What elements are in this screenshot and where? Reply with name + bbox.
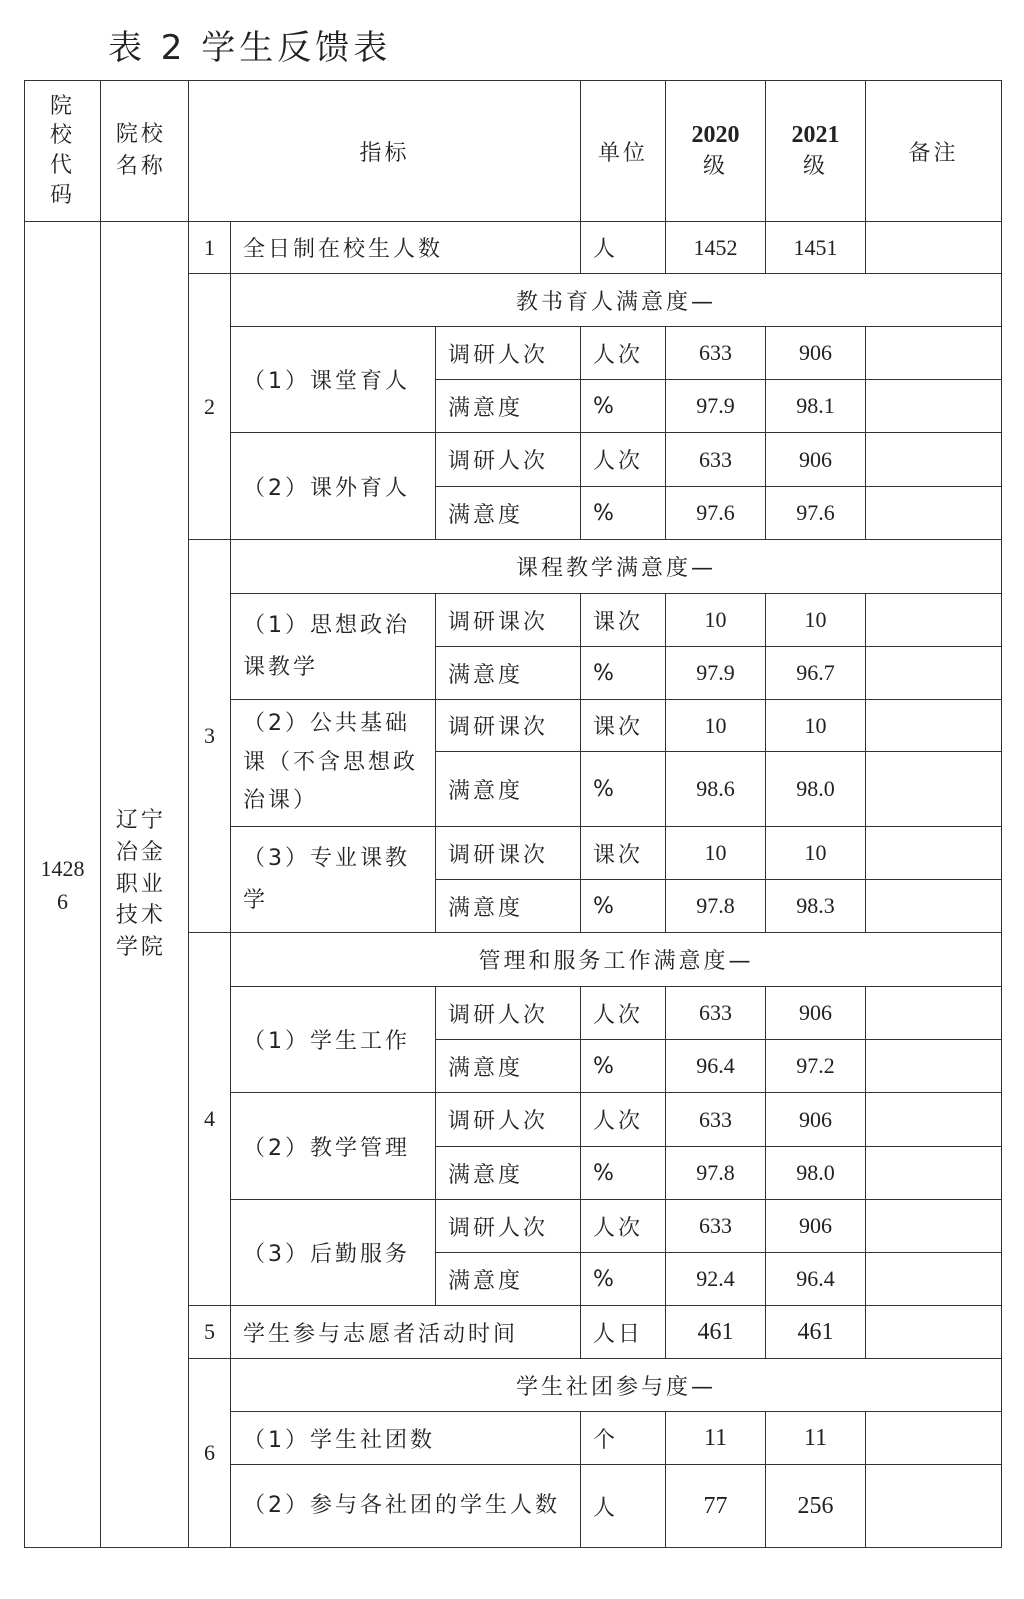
value-2020: 633 [666, 433, 766, 487]
sub-indicator-label: （3）专业课教学 [231, 827, 436, 933]
metric-label: 调研人次 [436, 433, 581, 487]
value-2021: 96.4 [766, 1253, 866, 1306]
row-number: 6 [189, 1359, 231, 1548]
category-heading: 学生社团参与度— [231, 1359, 1002, 1412]
unit-cell: 人次 [581, 1093, 666, 1147]
header-indicator: 指标 [189, 81, 581, 222]
unit-cell: % [581, 1147, 666, 1200]
sub-indicator-label: （2）公共基础课（不含思想政治课） [231, 700, 436, 827]
unit-cell: 人 [581, 1465, 666, 1548]
notes-cell [866, 222, 1002, 274]
value-2021: 906 [766, 1093, 866, 1147]
sub-indicator-label: （3）后勤服务 [231, 1200, 436, 1306]
value-2020: 97.6 [666, 487, 766, 540]
unit-cell: 人次 [581, 1200, 666, 1253]
value-2020: 92.4 [666, 1253, 766, 1306]
notes-cell [866, 1040, 1002, 1093]
value-2021: 10 [766, 827, 866, 880]
value-2021: 98.0 [766, 752, 866, 827]
sub-indicator-label: （1）学生社团数 [231, 1412, 581, 1465]
metric-label: 调研人次 [436, 327, 581, 380]
value-2020: 11 [666, 1412, 766, 1465]
value-2020: 10 [666, 594, 766, 647]
metric-label: 满意度 [436, 1253, 581, 1306]
notes-cell [866, 1306, 1002, 1359]
value-2021: 906 [766, 1200, 866, 1253]
metric-label: 调研课次 [436, 827, 581, 880]
value-2020: 97.9 [666, 647, 766, 700]
value-2021: 461 [766, 1306, 866, 1359]
value-2021: 98.0 [766, 1147, 866, 1200]
unit-cell: % [581, 880, 666, 933]
value-2021: 98.1 [766, 380, 866, 433]
value-2021: 97.6 [766, 487, 866, 540]
notes-cell [866, 380, 1002, 433]
notes-cell [866, 433, 1002, 487]
sub-indicator-label: （1）思想政治课教学 [231, 594, 436, 700]
value-2021: 906 [766, 327, 866, 380]
value-2020: 10 [666, 827, 766, 880]
metric-label: 调研人次 [436, 1200, 581, 1253]
value-2020: 97.9 [666, 380, 766, 433]
unit-cell: % [581, 647, 666, 700]
value-2020: 633 [666, 1093, 766, 1147]
header-2021: 2021级 [766, 81, 866, 222]
value-2020: 97.8 [666, 880, 766, 933]
value-2021: 256 [766, 1465, 866, 1548]
indicator-label: 全日制在校生人数 [231, 222, 581, 274]
notes-cell [866, 487, 1002, 540]
metric-label: 调研课次 [436, 594, 581, 647]
row-number: 4 [189, 933, 231, 1306]
header-2020: 2020级 [666, 81, 766, 222]
unit-cell: 人 [581, 222, 666, 274]
category-heading: 管理和服务工作满意度— [231, 933, 1002, 987]
unit-cell: % [581, 1040, 666, 1093]
sub-indicator-label: （2）课外育人 [231, 433, 436, 540]
row-number: 1 [189, 222, 231, 274]
sub-indicator-label: （1）课堂育人 [231, 327, 436, 433]
unit-cell: 人日 [581, 1306, 666, 1359]
unit-cell: 人次 [581, 987, 666, 1040]
value-2020: 1452 [666, 222, 766, 274]
value-2020: 98.6 [666, 752, 766, 827]
notes-cell [866, 647, 1002, 700]
value-2021: 1451 [766, 222, 866, 274]
value-2020: 633 [666, 987, 766, 1040]
notes-cell [866, 327, 1002, 380]
value-2021: 11 [766, 1412, 866, 1465]
value-2021: 10 [766, 594, 866, 647]
unit-cell: 课次 [581, 594, 666, 647]
table-title: 表 2 学生反馈表 [108, 20, 391, 69]
category-heading: 教书育人满意度— [231, 274, 1002, 327]
value-2020: 633 [666, 327, 766, 380]
category-heading: 课程教学满意度— [231, 540, 1002, 594]
header-row: 院校代码 院校名称 指标 单位 2020级 2021级 备注 [25, 81, 1002, 222]
metric-label: 满意度 [436, 380, 581, 433]
notes-cell [866, 752, 1002, 827]
value-2021: 98.3 [766, 880, 866, 933]
unit-cell: 课次 [581, 827, 666, 880]
metric-label: 满意度 [436, 1040, 581, 1093]
value-2020: 97.8 [666, 1147, 766, 1200]
unit-cell: 课次 [581, 700, 666, 752]
notes-cell [866, 1253, 1002, 1306]
metric-label: 满意度 [436, 752, 581, 827]
notes-cell [866, 1093, 1002, 1147]
metric-label: 满意度 [436, 647, 581, 700]
header-notes: 备注 [866, 81, 1002, 222]
unit-cell: 人次 [581, 327, 666, 380]
unit-cell: % [581, 752, 666, 827]
unit-cell: 人次 [581, 433, 666, 487]
value-2020: 10 [666, 700, 766, 752]
value-2020: 96.4 [666, 1040, 766, 1093]
metric-label: 调研人次 [436, 1093, 581, 1147]
notes-cell [866, 1412, 1002, 1465]
value-2021: 97.2 [766, 1040, 866, 1093]
value-2021: 10 [766, 700, 866, 752]
row-number: 2 [189, 274, 231, 540]
header-school-code: 院校代码 [25, 81, 101, 222]
metric-label: 调研课次 [436, 700, 581, 752]
sub-indicator-label: （2）教学管理 [231, 1093, 436, 1200]
row-number: 3 [189, 540, 231, 933]
notes-cell [866, 1147, 1002, 1200]
student-feedback-table: 院校代码 院校名称 指标 单位 2020级 2021级 备注 14286 辽宁冶… [24, 80, 1002, 1548]
school-name-cell: 辽宁冶金职业技术学院 [101, 222, 189, 1548]
table-row: 14286 辽宁冶金职业技术学院 1 全日制在校生人数 人 1452 1451 [25, 222, 1002, 274]
metric-label: 调研人次 [436, 987, 581, 1040]
notes-cell [866, 1465, 1002, 1548]
value-2021: 96.7 [766, 647, 866, 700]
value-2021: 906 [766, 987, 866, 1040]
notes-cell [866, 880, 1002, 933]
notes-cell [866, 1200, 1002, 1253]
value-2020: 461 [666, 1306, 766, 1359]
metric-label: 满意度 [436, 880, 581, 933]
sub-indicator-label: （2）参与各社团的学生人数 [231, 1465, 581, 1548]
metric-label: 满意度 [436, 1147, 581, 1200]
metric-label: 满意度 [436, 487, 581, 540]
row-number: 5 [189, 1306, 231, 1359]
notes-cell [866, 594, 1002, 647]
value-2020: 77 [666, 1465, 766, 1548]
notes-cell [866, 827, 1002, 880]
value-2020: 633 [666, 1200, 766, 1253]
notes-cell [866, 700, 1002, 752]
value-2021: 906 [766, 433, 866, 487]
sub-indicator-label: （1）学生工作 [231, 987, 436, 1093]
unit-cell: % [581, 1253, 666, 1306]
school-code-cell: 14286 [25, 222, 101, 1548]
header-unit: 单位 [581, 81, 666, 222]
unit-cell: % [581, 380, 666, 433]
header-school-name: 院校名称 [101, 81, 189, 222]
notes-cell [866, 987, 1002, 1040]
unit-cell: 个 [581, 1412, 666, 1465]
unit-cell: % [581, 487, 666, 540]
indicator-label: 学生参与志愿者活动时间 [231, 1306, 581, 1359]
